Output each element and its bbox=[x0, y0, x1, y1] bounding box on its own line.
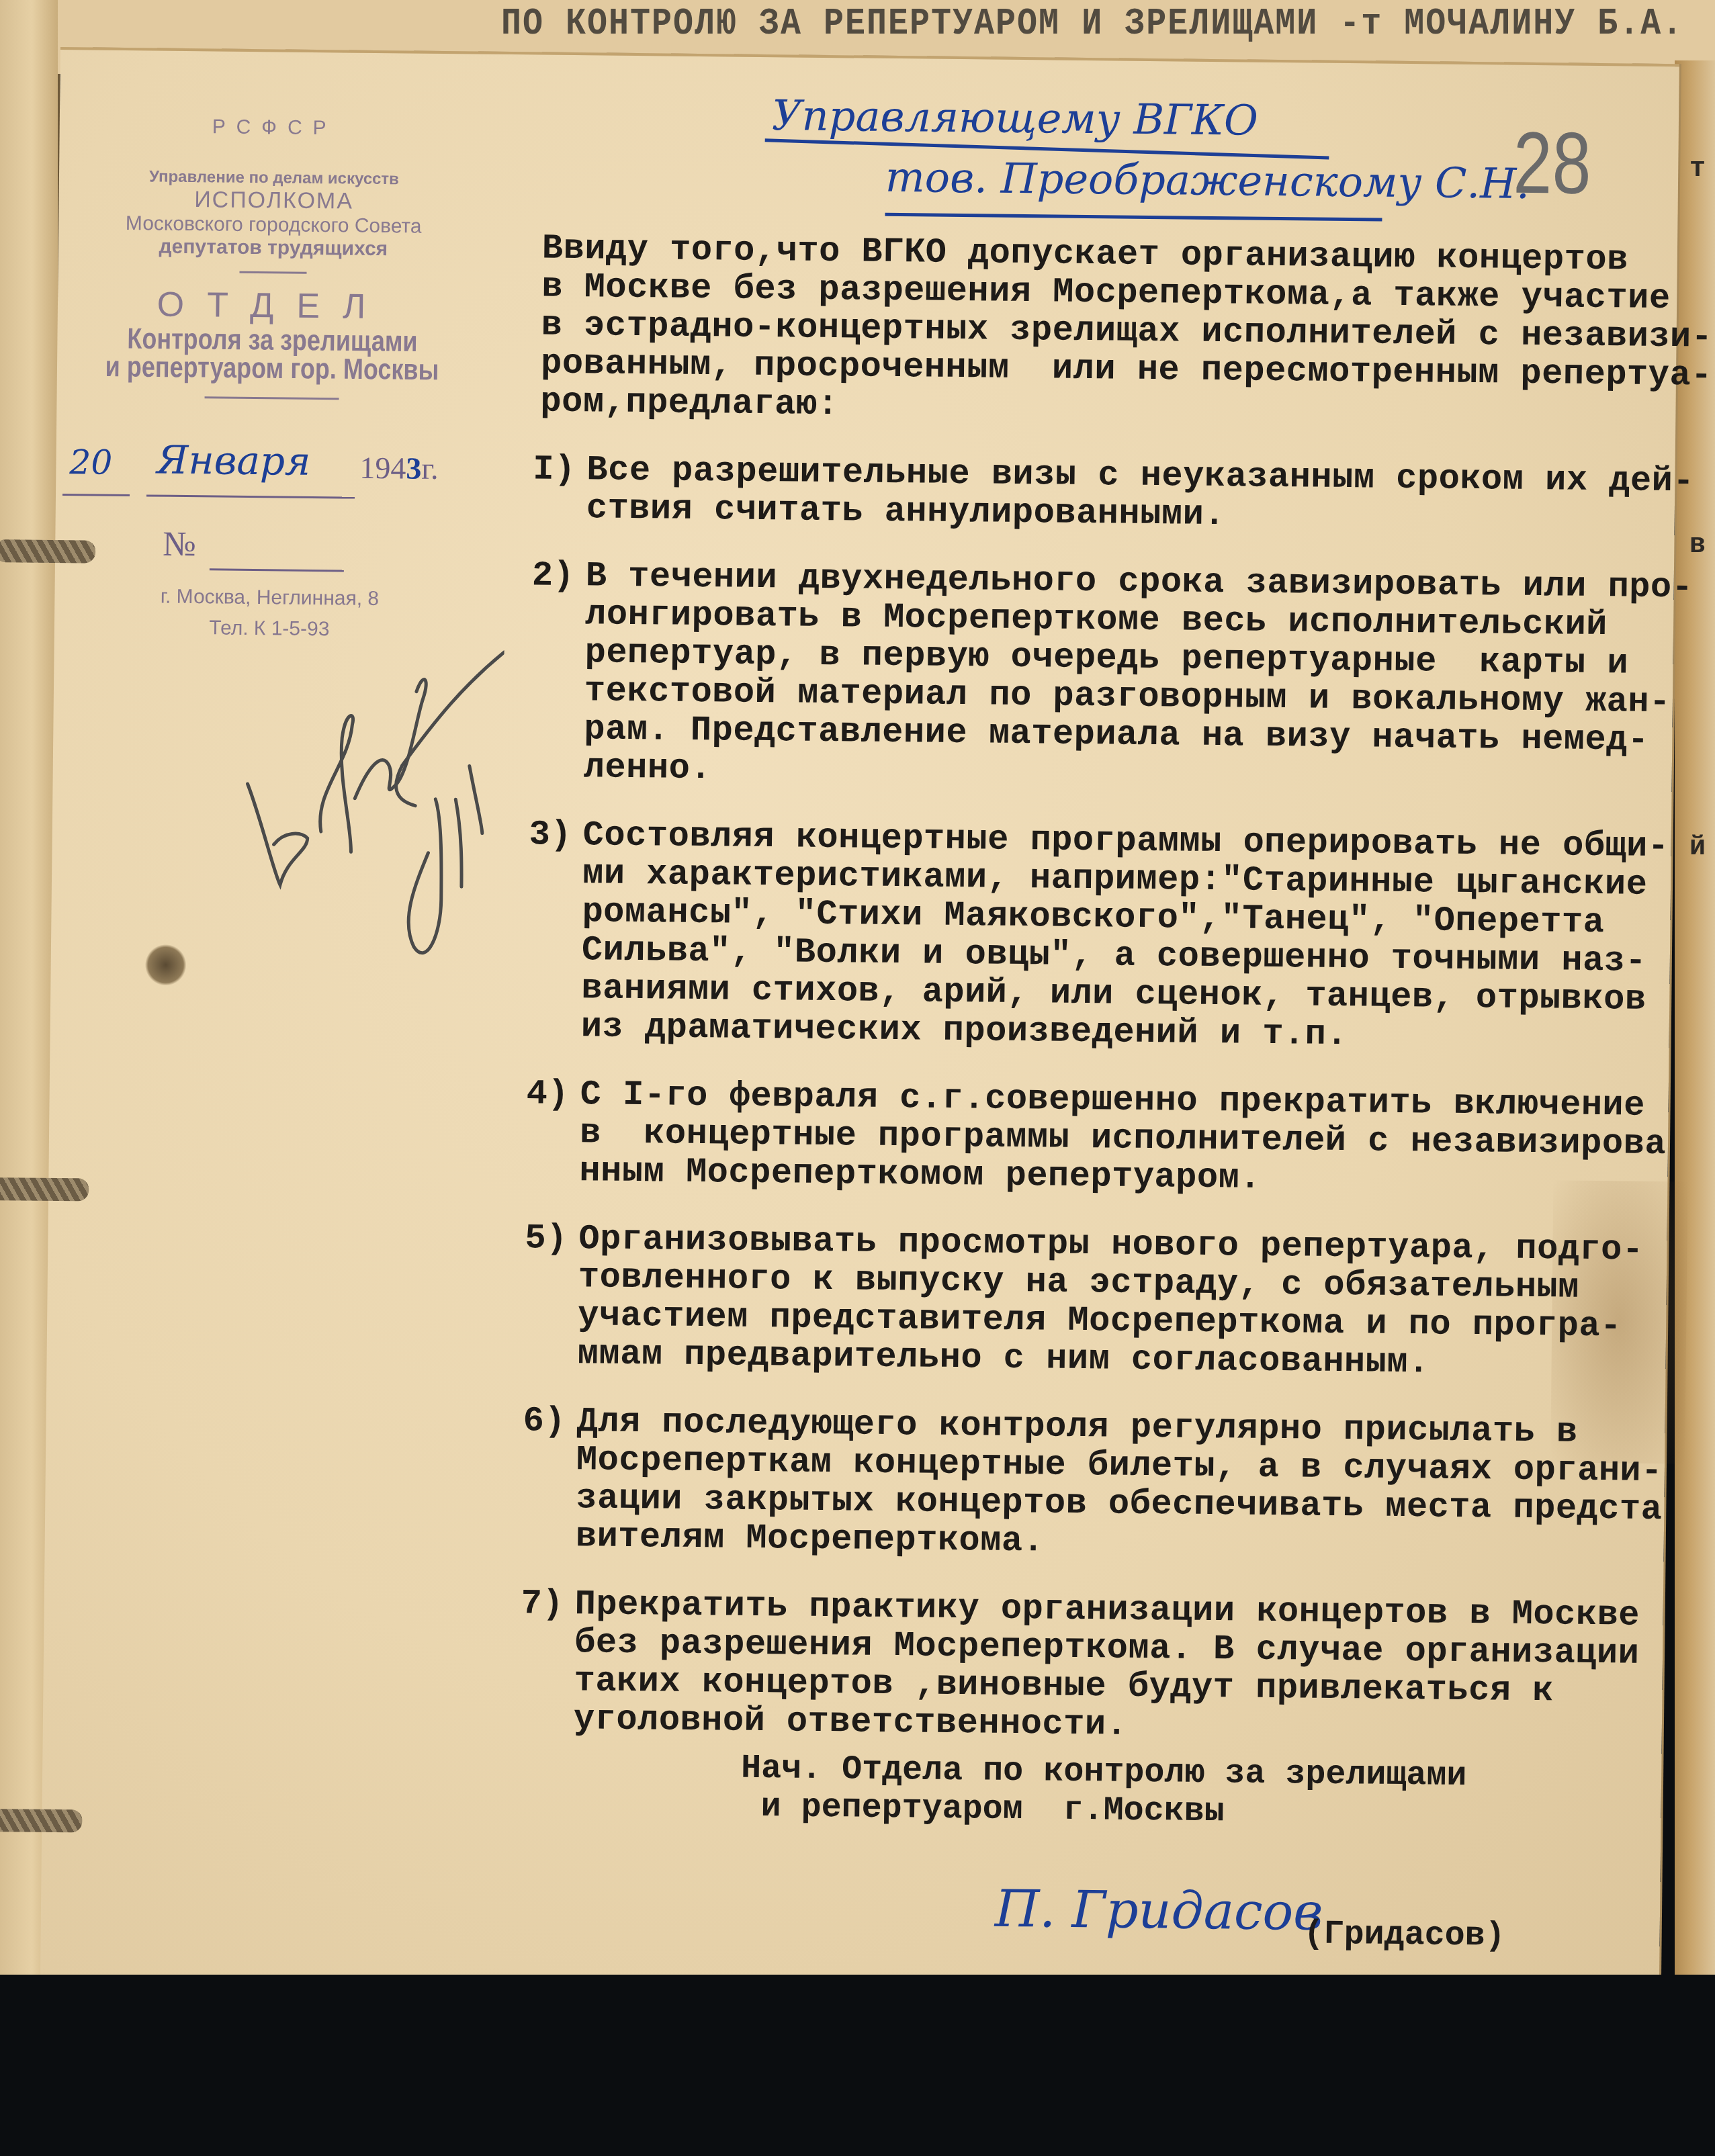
handwritten-signature: П. Гридасов bbox=[995, 1889, 1323, 1931]
addressee-line-1: Управляющему ВГКО bbox=[772, 91, 1259, 145]
punch-hole bbox=[144, 944, 187, 986]
addressee-line-2: тов. Преображенскому С.Н. bbox=[885, 152, 1530, 208]
signatory-name: (Гридасов) bbox=[1303, 1916, 1505, 1956]
item-number: 4) bbox=[525, 1075, 580, 1190]
intro-paragraph: Ввиду того,что ВГКО допускает организаци… bbox=[540, 230, 1698, 433]
pencil-note-icon bbox=[218, 629, 504, 981]
document-number-blank bbox=[210, 568, 344, 572]
date-month: Января bbox=[157, 437, 311, 484]
binding-string bbox=[0, 1809, 83, 1833]
stamp-country: РСФСР bbox=[60, 114, 490, 142]
stamp-divider bbox=[239, 271, 306, 274]
list-item: I) Все разрешительные визы с неуказанным… bbox=[533, 450, 1696, 539]
stamp-deputies: депутатов трудящихся bbox=[58, 234, 488, 262]
item-number: 6) bbox=[522, 1402, 577, 1556]
list-item: 6) Для последующего контроля регулярно п… bbox=[522, 1402, 1685, 1567]
list-item: 7) Прекратить практику организации конце… bbox=[520, 1584, 1683, 1750]
stamp-ispolkom: ИСПОЛКОМА bbox=[58, 185, 488, 216]
stamp-street: г. Москва, Неглинная, 8 bbox=[95, 581, 444, 615]
letter-date: 20 Января 1943г. bbox=[56, 443, 486, 501]
date-day: 20 bbox=[69, 443, 112, 482]
signatory-title-line-2: и репертуаром г.Москвы bbox=[760, 1788, 1614, 1835]
edge-fragment: т bbox=[1689, 154, 1712, 185]
addressee-block: Управляющему ВГКО тов. Преображенскому С… bbox=[703, 77, 1646, 255]
letter-body: Ввиду того,что ВГКО допускает организаци… bbox=[459, 228, 1698, 1750]
list-item: 5) Организовывать просмотры нового репер… bbox=[523, 1219, 1687, 1384]
item-number: 5) bbox=[523, 1219, 578, 1373]
list-item: 4) С I-го февраля с.г.совершенно прекрат… bbox=[525, 1075, 1689, 1202]
underlying-page-header: ПО КОНТРОЛЮ ЗА РЕПЕРТУАРОМ И ЗРЕЛИЩАМИ -… bbox=[501, 3, 1683, 46]
scan-background bbox=[0, 1975, 1715, 2156]
stamp-divider bbox=[205, 396, 339, 400]
signature-block: Нач. Отдела по контролю за зрелищами и р… bbox=[739, 1750, 1615, 1997]
document-number-label: № bbox=[163, 525, 196, 565]
folio-number: 28 bbox=[1513, 112, 1591, 214]
list-item: 2) В течении двухнедельного срока завизи… bbox=[530, 556, 1694, 798]
list-item: 3) Состовляя концертные программы оперир… bbox=[527, 815, 1691, 1057]
item-number: I) bbox=[533, 450, 587, 527]
binding-string bbox=[0, 1177, 89, 1202]
date-year: 1943г. bbox=[359, 450, 439, 486]
underline bbox=[885, 213, 1382, 222]
item-number: 7) bbox=[520, 1584, 575, 1738]
date-underline bbox=[62, 494, 130, 496]
edge-fragment: й bbox=[1689, 833, 1712, 863]
date-underline bbox=[146, 494, 355, 498]
item-number: 3) bbox=[527, 815, 583, 1046]
item-number: 2) bbox=[530, 556, 586, 787]
letterhead-stamp: РСФСР Управление по делам искусств ИСПОЛ… bbox=[56, 103, 490, 416]
binding-string bbox=[0, 539, 95, 564]
stamp-dept-line-2: и репертуаром гор. Москвы bbox=[57, 349, 487, 388]
document-page: Управляющему ВГКО тов. Преображенскому С… bbox=[40, 47, 1679, 1994]
